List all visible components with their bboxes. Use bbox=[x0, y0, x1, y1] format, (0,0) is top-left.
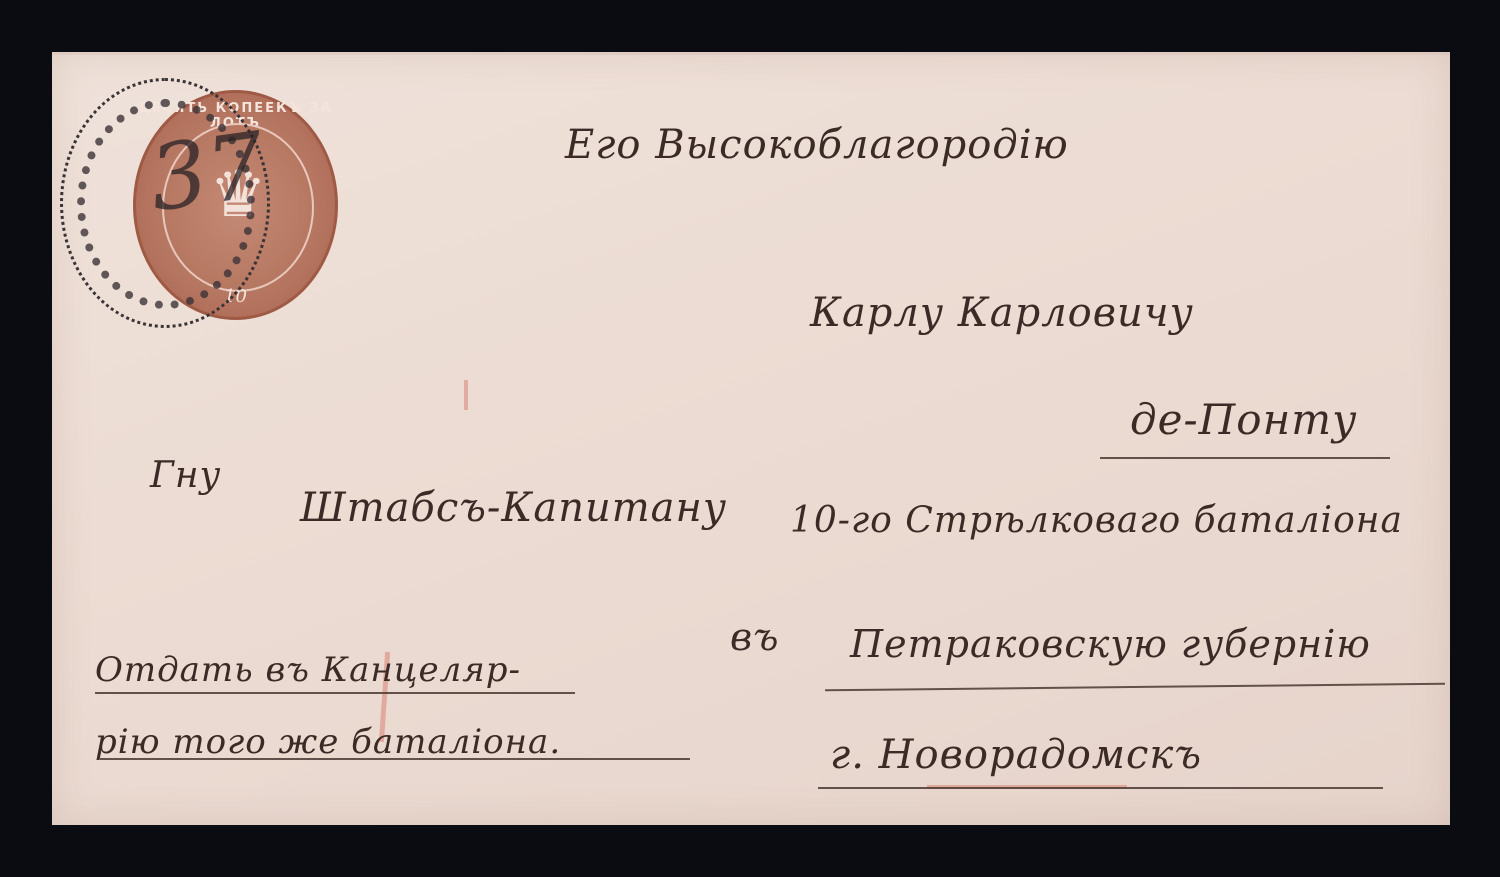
address-prefix-in: въ bbox=[730, 615, 779, 659]
address-line-honorific: Его Высокоблагородiю bbox=[565, 122, 1069, 168]
underline bbox=[818, 787, 1383, 789]
address-line-unit: 10-го Стрѣлковаго баталiона bbox=[790, 500, 1403, 541]
instruction-line-1: Отдать въ Канцеляр- bbox=[95, 650, 521, 690]
address-line-rank: Штабсъ-Капитану bbox=[300, 485, 727, 531]
address-line-first-name: Карлу Карловичу bbox=[810, 290, 1194, 336]
underline bbox=[100, 758, 690, 760]
address-line-town: г. Новорадомскъ bbox=[830, 732, 1202, 778]
red-ink-mark bbox=[464, 380, 468, 410]
postmark-numeral: 37 bbox=[143, 113, 271, 233]
address-title-prefix: Гну bbox=[150, 455, 221, 496]
address-line-province: Петраковскую губернiю bbox=[850, 622, 1371, 666]
instruction-line-2: рiю того же баталiона. bbox=[95, 722, 561, 762]
underline bbox=[1100, 457, 1390, 459]
underline bbox=[95, 692, 575, 694]
address-line-surname: де-Понту bbox=[1130, 395, 1357, 444]
envelope-top-edge bbox=[52, 52, 1450, 55]
